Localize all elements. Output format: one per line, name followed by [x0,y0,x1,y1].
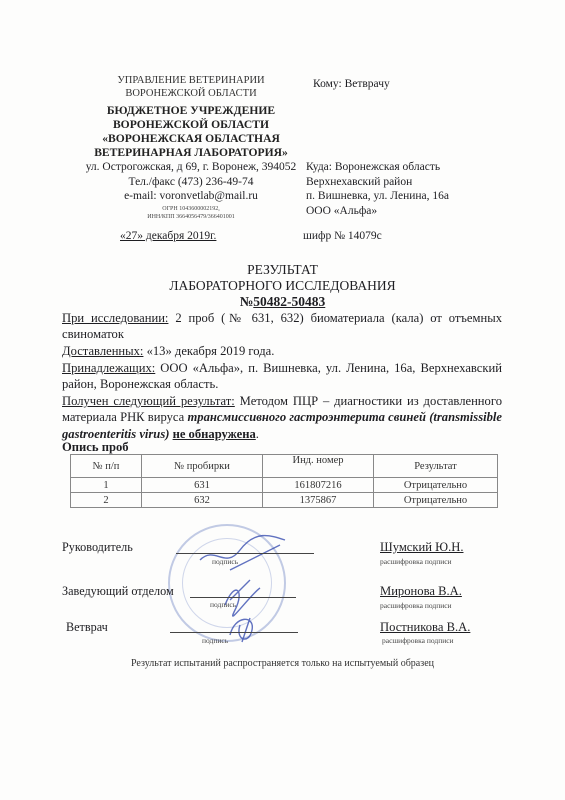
document-title: РЕЗУЛЬТАТ ЛАБОРАТОРНОГО ИССЛЕДОВАНИЯ №50… [0,262,565,310]
signer-name: Миронова В.А. [380,584,462,599]
name-caption: расшифровка подписи [380,601,452,610]
column-header: № пробирки [142,455,263,478]
inn-kpp: ИНН/КПП 3664056479/366401001 [62,213,320,221]
delivered-paragraph: Доставленных: «13» декабря 2019 года. [62,343,502,359]
org-address: ул. Острогожская, д 69, г. Воронеж, 3940… [62,160,320,175]
signer-name: Шумский Ю.Н. [380,540,463,555]
authority-line: УПРАВЛЕНИЕ ВЕТЕРИНАРИИ [62,74,320,87]
org-line: «ВОРОНЕЖСКАЯ ОБЛАСТНАЯ [62,132,320,146]
research-paragraph: При исследовании: 2 проб (№ 631, 632) би… [62,310,502,343]
name-caption: расшифровка подписи [380,557,452,566]
table-cell: 1375867 [263,493,374,508]
table-cell: 1 [71,478,142,493]
samples-table: № п/п № пробирки Инд. номер Результат 1 … [70,454,498,508]
table-cell: 161807216 [263,478,374,493]
table-cell: 2 [71,493,142,508]
column-header: Инд. номер [263,455,374,478]
authority-line: ВОРОНЕЖСКОЙ ОБЛАСТИ [62,87,320,100]
signer-role: Ветврач [66,620,108,635]
recipient-line: Верхнехавский район [306,175,449,190]
delivered-label: Доставленных: [62,344,143,358]
organization-name: БЮДЖЕТНОЕ УЧРЕЖДЕНИЕ ВОРОНЕЖСКОЙ ОБЛАСТИ… [62,104,320,160]
table-cell: 631 [142,478,263,493]
org-phone: Тел./факс (473) 236-49-74 [62,175,320,190]
column-header: № п/п [71,455,142,478]
signature-line [176,553,314,554]
cipher-number: шифр № 14079с [303,229,382,244]
recipient-line: Куда: Воронежская область [306,160,449,175]
authority-name: УПРАВЛЕНИЕ ВЕТЕРИНАРИИ ВОРОНЕЖСКОЙ ОБЛАС… [62,74,320,100]
recipient-line: ООО «Альфа» [306,204,449,219]
table-cell: Отрицательно [374,478,498,493]
title-line: РЕЗУЛЬТАТ [0,262,565,278]
owner-label: Принадлежащих: [62,361,155,375]
result-paragraph: Получен следующий результат: Методом ПЦР… [62,393,502,442]
virus-name-ru: трансмиссивного гастроэнтерита свиней [187,410,426,424]
recipient-to: Кому: Ветврачу [313,77,390,92]
signature-caption: подпись [212,557,238,566]
table-header-row: № п/п № пробирки Инд. номер Результат [71,455,498,478]
table-row: 2 632 1375867 Отрицательно [71,493,498,508]
delivered-text: «13» декабря 2019 года. [143,344,274,358]
org-line: ВОРОНЕЖСКОЙ ОБЛАСТИ [62,118,320,132]
number-sign: № [240,294,254,309]
column-header: Результат [374,455,498,478]
verdict: не обнаружена [173,427,256,441]
ogrn: ОГРН 1043600002192, [62,205,320,213]
table-cell: 632 [142,493,263,508]
owner-paragraph: Принадлежащих: ООО «Альфа», п. Вишневка,… [62,360,502,393]
org-email: e-mail: voronvetlab@mail.ru [62,189,320,204]
title-line: ЛАБОРАТОРНОГО ИССЛЕДОВАНИЯ [0,278,565,294]
signature-caption: подпись [210,600,236,609]
registration-numbers: ОГРН 1043600002192, ИНН/КПП 3664056479/3… [62,205,320,221]
signature-line [170,632,298,633]
signer-role: Руководитель [62,540,133,555]
research-label: При исследовании: [62,311,168,325]
samples-heading: Опись проб [62,440,129,455]
table-row: 1 631 161807216 Отрицательно [71,478,498,493]
result-label: Получен следующий результат: [62,394,235,408]
period: . [256,427,259,441]
name-caption: расшифровка подписи [382,636,454,645]
recipient-line: п. Вишневка, ул. Ленина, 16а [306,189,449,204]
signature-line [190,597,296,598]
signer-role: Заведующий отделом [62,584,174,599]
footer-note: Результат испытаний распространяется тол… [0,658,565,669]
report-number: №50482-50483 [0,294,565,310]
table-cell: Отрицательно [374,493,498,508]
signer-name: Постникова В.А. [380,620,470,635]
organization-contacts: ул. Острогожская, д 69, г. Воронеж, 3940… [62,160,320,204]
document-date: «27» декабря 2019г. [120,229,216,244]
org-line: ВЕТЕРИНАРНАЯ ЛАБОРАТОРИЯ» [62,146,320,160]
report-number-value: 50482-50483 [253,294,325,309]
signature-caption: подпись [202,636,228,645]
recipient-address: Куда: Воронежская область Верхнехавский … [306,160,449,218]
org-line: БЮДЖЕТНОЕ УЧРЕЖДЕНИЕ [62,104,320,118]
